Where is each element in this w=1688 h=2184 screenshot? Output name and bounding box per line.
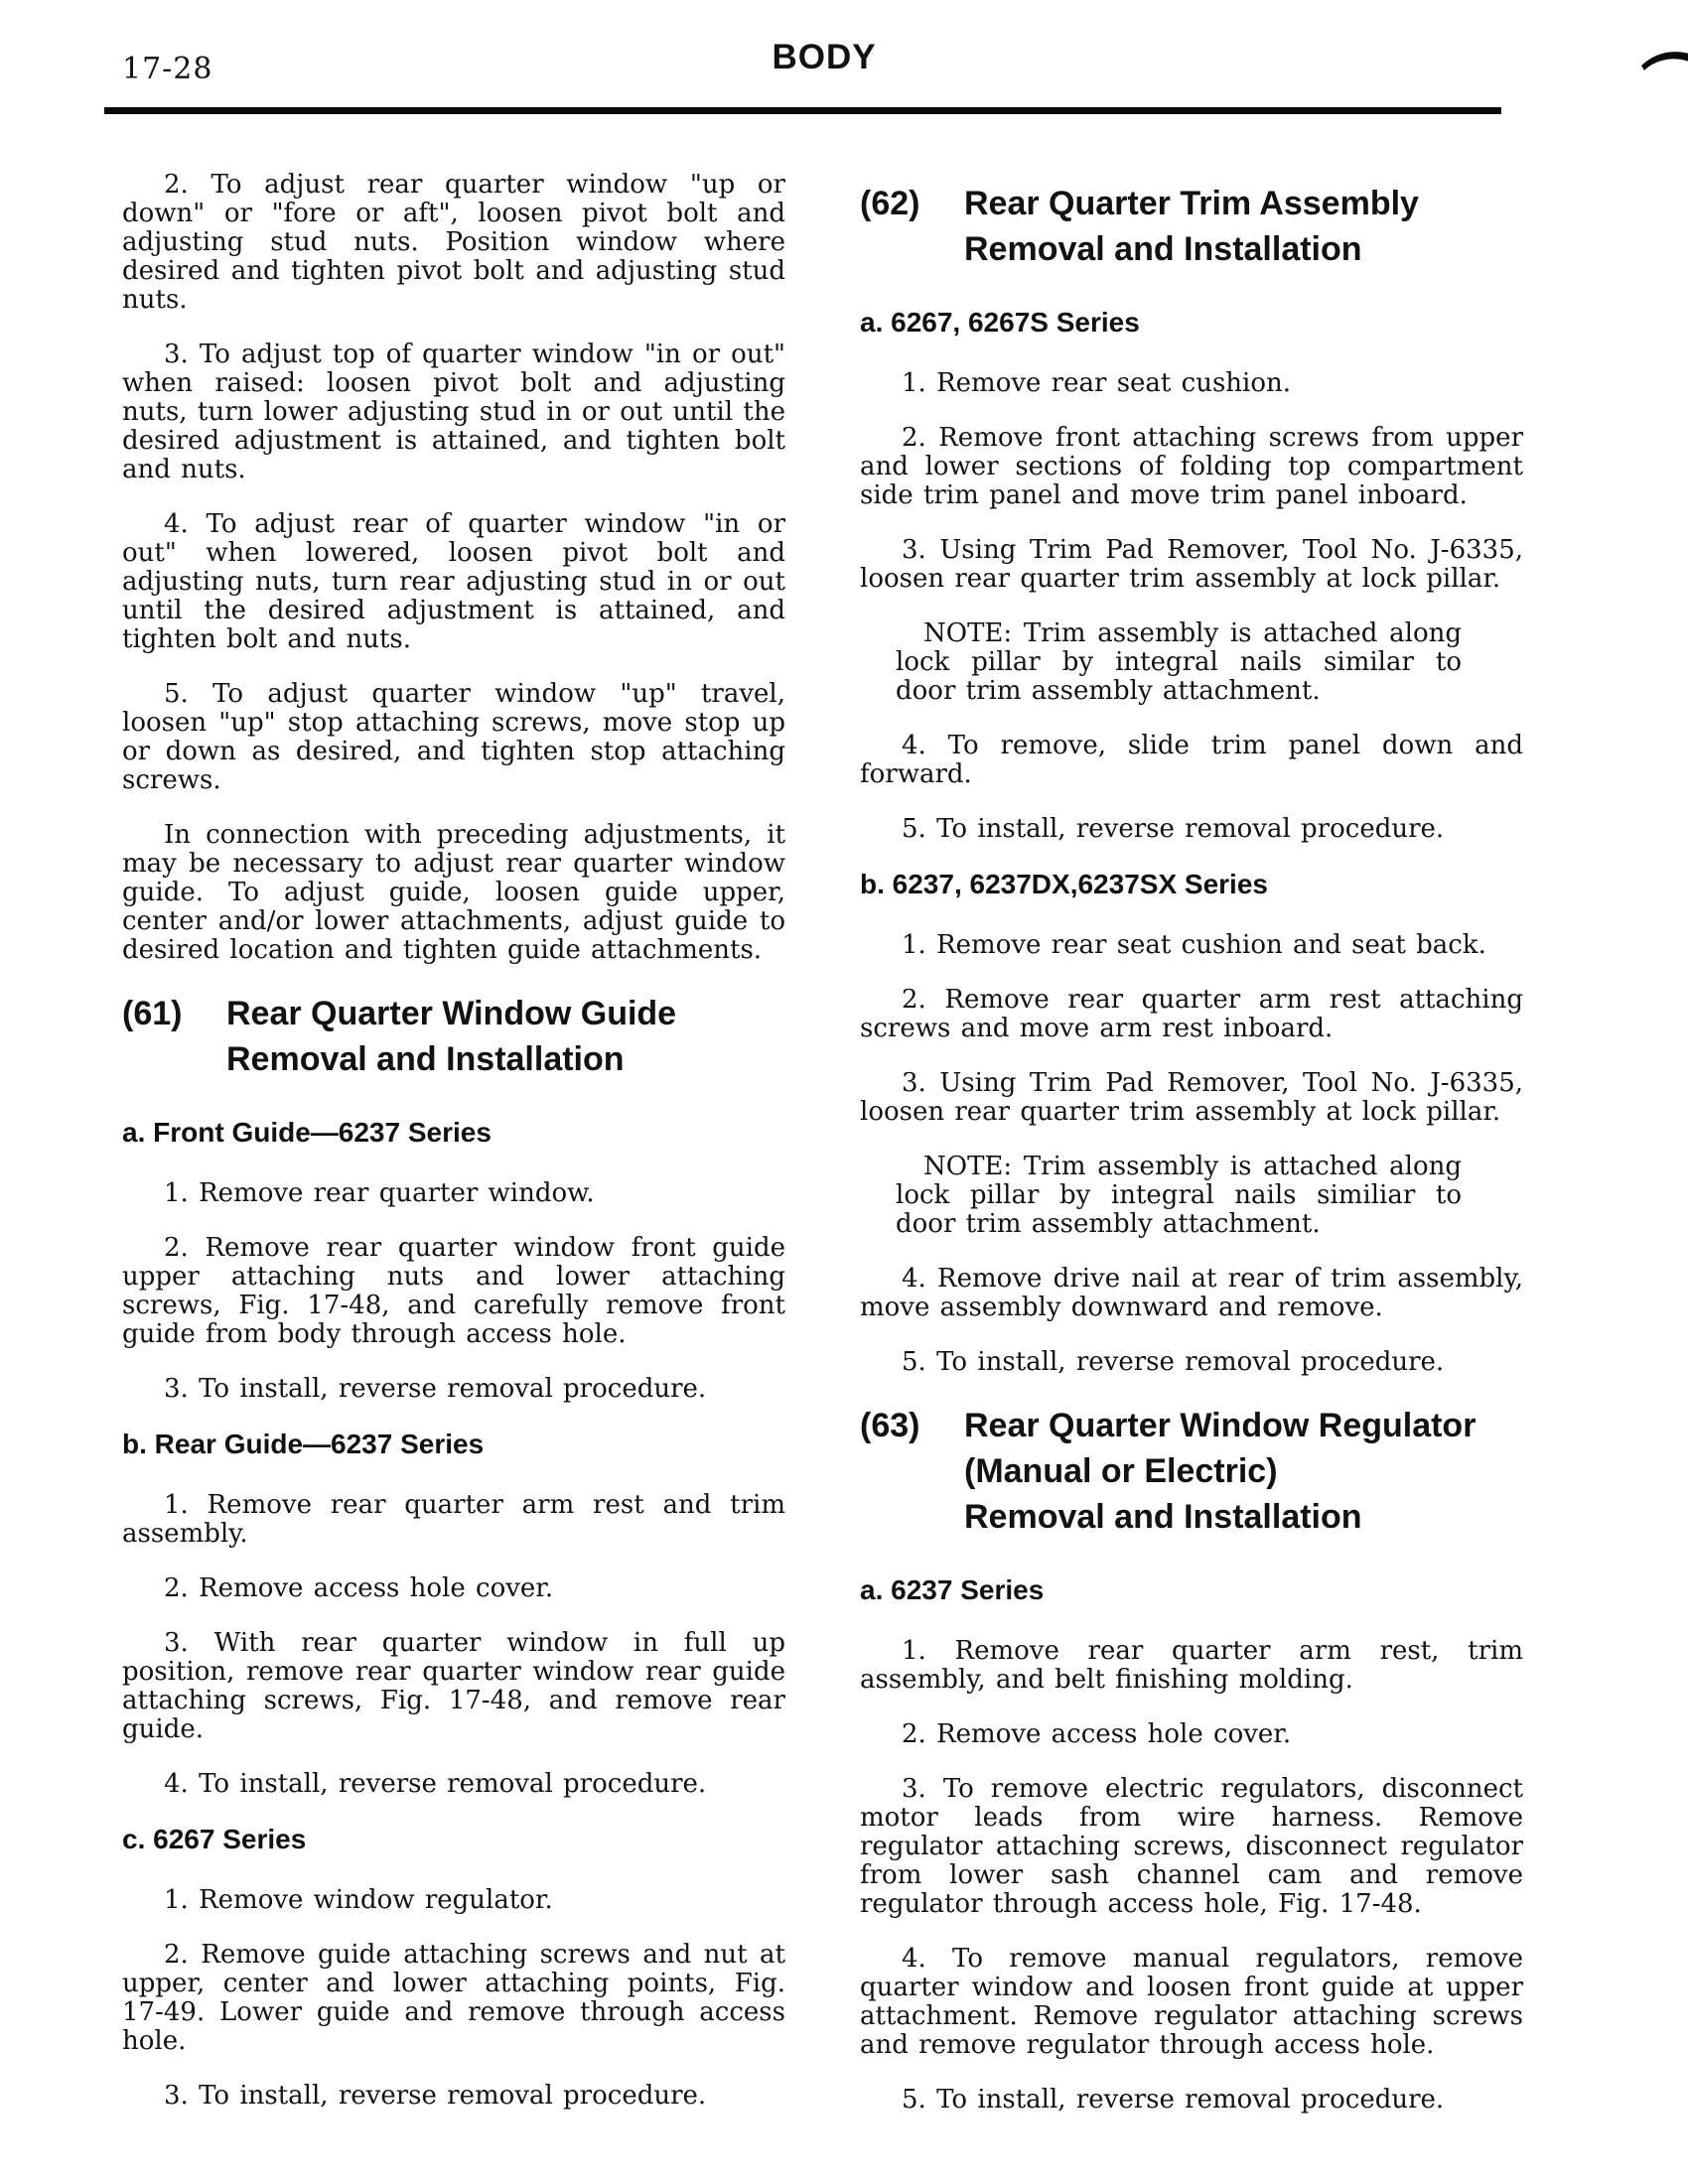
note-paragraph: NOTE: Trim assembly is attached along lo…	[896, 619, 1462, 706]
subsection-heading: c. 6267 Series	[122, 1825, 785, 1854]
paragraph: 4. Remove drive nail at rear of trim ass…	[860, 1265, 1523, 1322]
section-number: (61)	[122, 991, 226, 1036]
header-rule	[104, 107, 1501, 114]
paragraph: 3. To install, reverse removal procedure…	[122, 1375, 785, 1404]
paragraph: 3. Using Trim Pad Remover, Tool No. J-63…	[860, 1069, 1523, 1127]
paragraph: 1. Remove rear seat cushion.	[860, 369, 1523, 398]
subsection-heading: a. 6267, 6267S Series	[860, 308, 1523, 338]
left-column: 2. To adjust rear quarter window "up or …	[122, 171, 785, 2136]
section-title: Rear Quarter Window Guide Removal and In…	[226, 991, 676, 1082]
paragraph: 4. To remove manual regulators, remove q…	[860, 1945, 1523, 2060]
paragraph: 3. To remove electric regulators, discon…	[860, 1775, 1523, 1919]
paragraph: 2. Remove access hole cover.	[122, 1574, 785, 1603]
section-title-line: Removal and Installation	[964, 226, 1419, 272]
section-heading-61: (61) Rear Quarter Window Guide Removal a…	[122, 991, 785, 1082]
paragraph: 1. Remove window regulator.	[122, 1886, 785, 1915]
paragraph: 2. Remove front attaching screws from up…	[860, 424, 1523, 510]
subsection-heading: b. Rear Guide—6237 Series	[122, 1430, 785, 1459]
section-title: Rear Quarter Trim Assembly Removal and I…	[964, 181, 1419, 272]
note-paragraph: NOTE: Trim assembly is attached along lo…	[896, 1153, 1462, 1239]
paragraph: 1. Remove rear quarter arm rest, trim as…	[860, 1637, 1523, 1695]
paragraph: 5. To adjust quarter window "up" travel,…	[122, 680, 785, 795]
paragraph: 2. Remove access hole cover.	[860, 1720, 1523, 1749]
paragraph: 5. To install, reverse removal procedure…	[860, 815, 1523, 844]
paragraph: 1. Remove rear quarter arm rest and trim…	[122, 1491, 785, 1549]
paragraph: 3. To install, reverse removal procedure…	[122, 2082, 785, 2111]
section-number: (62)	[860, 181, 964, 226]
section-number: (63)	[860, 1403, 964, 1448]
paragraph: 2. Remove rear quarter window front guid…	[122, 1234, 785, 1349]
paragraph: 1. Remove rear seat cushion and seat bac…	[860, 931, 1523, 960]
paragraph: 5. To install, reverse removal procedure…	[860, 2086, 1523, 2115]
paragraph: 2. To adjust rear quarter window "up or …	[122, 171, 785, 315]
paragraph: 3. To adjust top of quarter window "in o…	[122, 341, 785, 484]
subsection-heading: a. 6237 Series	[860, 1575, 1523, 1605]
section-title-line: (Manual or Electric)	[964, 1448, 1476, 1494]
section-title-line: Removal and Installation	[964, 1494, 1476, 1540]
manual-page: 17-28 BODY 2. To adjust rear quarter win…	[0, 0, 1688, 2184]
right-column: (62) Rear Quarter Trim Assembly Removal …	[860, 171, 1523, 2140]
paragraph: 1. Remove rear quarter window.	[122, 1179, 785, 1208]
paragraph: 5. To install, reverse removal procedure…	[860, 1348, 1523, 1377]
section-title-line: Rear Quarter Window Regulator	[964, 1403, 1476, 1448]
paragraph: 4. To adjust rear of quarter window "in …	[122, 510, 785, 654]
paragraph: In connection with preceding adjustments…	[122, 821, 785, 965]
section-title-line: Removal and Installation	[226, 1036, 676, 1082]
paragraph: 3. Using Trim Pad Remover, Tool No. J-63…	[860, 536, 1523, 594]
section-title-line: Rear Quarter Window Guide	[226, 991, 676, 1036]
section-title: Rear Quarter Window Regulator (Manual or…	[964, 1403, 1476, 1540]
section-title-line: Rear Quarter Trim Assembly	[964, 181, 1419, 226]
paragraph: 2. Remove rear quarter arm rest attachin…	[860, 986, 1523, 1043]
subsection-heading: a. Front Guide—6237 Series	[122, 1118, 785, 1148]
section-heading-62: (62) Rear Quarter Trim Assembly Removal …	[860, 181, 1523, 272]
section-heading-63: (63) Rear Quarter Window Regulator (Manu…	[860, 1403, 1523, 1540]
paragraph: 4. To remove, slide trim panel down and …	[860, 732, 1523, 789]
paragraph: 4. To install, reverse removal procedure…	[122, 1770, 785, 1799]
page-header-title: BODY	[0, 38, 1648, 77]
scan-artifact-mark	[1640, 46, 1688, 75]
paragraph: 2. Remove guide attaching screws and nut…	[122, 1941, 785, 2056]
paragraph: 3. With rear quarter window in full up p…	[122, 1629, 785, 1744]
subsection-heading: b. 6237, 6237DX,6237SX Series	[860, 870, 1523, 899]
